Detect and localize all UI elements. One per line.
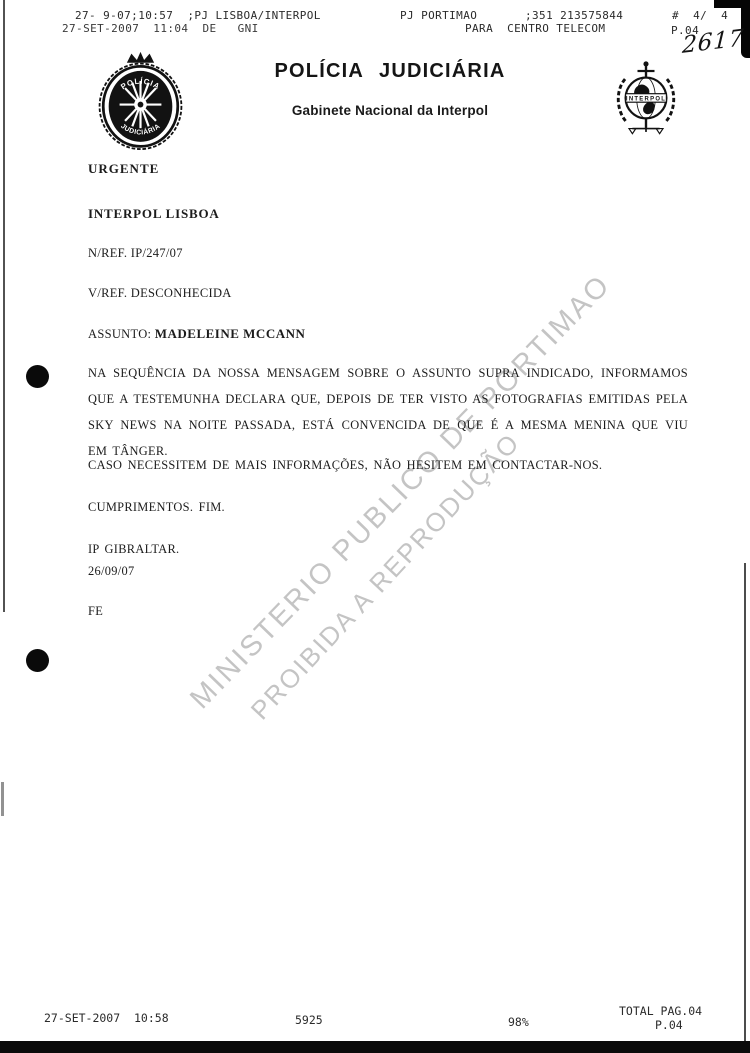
- subject-value: MADELEINE MCCANN: [155, 326, 306, 341]
- fax-footer-page: P.04: [655, 1018, 683, 1032]
- closing-line: CUMPRIMENTOS. FIM.: [88, 494, 688, 520]
- policia-judiciaria-badge-icon: POLÍCIA JUDICIÁRIA: [93, 50, 188, 150]
- fax-header-to: PARA CENTRO TELECOM: [465, 22, 605, 35]
- document-subtitle: Gabinete Nacional da Interpol: [225, 103, 555, 118]
- scan-edge-right-line: [744, 563, 746, 1043]
- scan-edge-left-line: [3, 0, 5, 612]
- urgency-label: URGENTE: [88, 161, 159, 177]
- body-paragraph-1: NA SEQUÊNCIA DA NOSSA MENSAGEM SOBRE O A…: [88, 360, 688, 464]
- fax-header-date-from: 27-SET-2007 11:04 DE GNI: [62, 22, 259, 35]
- fax-footer-datetime: 27-SET-2007 10:58: [44, 1011, 169, 1025]
- fax-footer-percent: 98%: [508, 1015, 529, 1029]
- recipient-line: INTERPOL LISBOA: [88, 206, 220, 222]
- our-reference: N/REF. IP/247/07: [88, 246, 183, 261]
- fax-footer-code: 5925: [295, 1013, 323, 1027]
- interpol-emblem-icon: INTERPOL: [602, 58, 690, 143]
- fax-header-page-count: # 4/ 4: [672, 9, 728, 22]
- body-paragraph-2: CASO NECESSITEM DE MAIS INFORMAÇÕES, NÃO…: [88, 452, 688, 478]
- scan-edge-left-tick: [1, 782, 4, 816]
- fax-header-phone: ;351 213575844: [525, 9, 623, 22]
- subject-label: ASSUNTO:: [88, 327, 155, 341]
- signature-date: 26/09/07: [88, 558, 688, 584]
- fax-footer-total-pages: TOTAL PAG.04: [619, 1004, 702, 1018]
- scanned-fax-page: 27- 9-07;10:57 ;PJ LISBOA/INTERPOL PJ PO…: [0, 0, 750, 1053]
- operator-initials: FE: [88, 598, 688, 624]
- hole-punch-bottom: [26, 649, 49, 672]
- fax-header-origin: 27- 9-07;10:57 ;PJ LISBOA/INTERPOL: [75, 9, 321, 22]
- subject-line: ASSUNTO: MADELEINE MCCANN: [88, 326, 305, 342]
- interpol-banner-text: INTERPOL: [626, 97, 666, 103]
- your-reference: V/REF. DESCONHECIDA: [88, 286, 232, 301]
- scan-bottom-black-bar: [0, 1041, 750, 1053]
- hole-punch-top: [26, 365, 49, 388]
- document-title: POLÍCIA JUDICIÁRIA: [225, 60, 555, 83]
- fax-header-destination: PJ PORTIMAO: [400, 9, 477, 22]
